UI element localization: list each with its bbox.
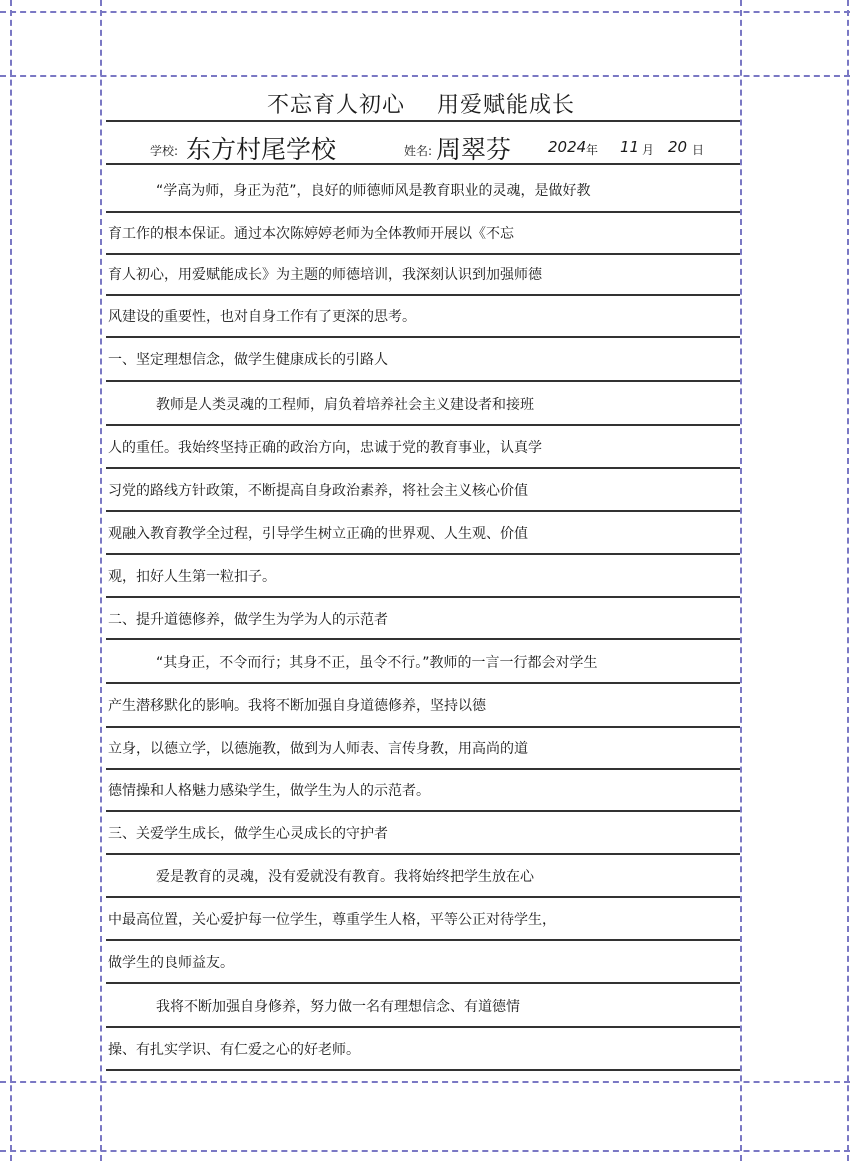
text-line: 立身，以德立学，以德施教，做到为人师表、言传身教，用高尚的道 xyxy=(108,730,740,768)
margin-guide-top-outer xyxy=(0,11,850,13)
rule-line xyxy=(106,982,740,984)
rule-line xyxy=(106,682,740,684)
text-line: 风建设的重要性，也对自身工作有了更深的思考。 xyxy=(108,298,740,336)
text-line: 产生潜移默化的影响。我将不断加强自身道德修养，坚持以德 xyxy=(108,687,740,725)
margin-guide-bottom-inner xyxy=(0,1081,850,1083)
rule-line xyxy=(106,424,740,426)
margin-guide-right-inner xyxy=(740,0,742,1161)
title-part-2: 用爱赋能成长 xyxy=(437,93,575,118)
text-line: 我将不断加强自身修养，努力做一名有理想信念、有道德情 xyxy=(108,988,740,1026)
rule-line xyxy=(106,896,740,898)
school-label: 学校: xyxy=(150,142,178,159)
date-month: 11 xyxy=(620,138,639,156)
rule-line xyxy=(106,939,740,941)
school-value: 东方村尾学校 xyxy=(186,130,336,166)
title-part-1: 不忘育人初心 xyxy=(267,93,405,118)
name-label: 姓名: xyxy=(404,142,432,159)
section-heading-3: 三、关爱学生成长，做学生心灵成长的守护者 xyxy=(108,815,740,853)
text-line: “学高为师，身正为范”，良好的师德师风是教育职业的灵魂，是做好教 xyxy=(108,172,740,210)
text-line: 观，扣好人生第一粒扣子。 xyxy=(108,558,740,596)
date-year: 2024 xyxy=(548,138,586,156)
text-line: 做学生的良师益友。 xyxy=(108,944,740,982)
rule-line xyxy=(106,1026,740,1028)
date-year-label: 年 xyxy=(586,141,598,158)
rule-line xyxy=(106,380,740,382)
text-line: 爱是教育的灵魂，没有爱就没有教育。我将始终把学生放在心 xyxy=(108,858,740,896)
text-line: 习党的路线方针政策，不断提高自身政治素养，将社会主义核心价值 xyxy=(108,472,740,510)
rule-line xyxy=(106,596,740,598)
text-line: 育工作的根本保证。通过本次陈婷婷老师为全体教师开展以《不忘 xyxy=(108,215,740,253)
handwritten-page: 不忘育人初心 用爱赋能成长 学校: 东方村尾学校 姓名: 周翠芬 2024 年 … xyxy=(102,78,740,1081)
rule-line xyxy=(106,467,740,469)
meta-row: 学校: 东方村尾学校 姓名: 周翠芬 2024 年 11 月 20 日 xyxy=(102,126,740,164)
rule-line xyxy=(106,853,740,855)
rule-line xyxy=(106,510,740,512)
section-heading-2: 二、提升道德修养，做学生为学为人的示范者 xyxy=(108,601,740,639)
text-line: 德情操和人格魅力感染学生，做学生为人的示范者。 xyxy=(108,772,740,810)
margin-guide-bottom-outer xyxy=(0,1150,850,1152)
date-month-label: 月 xyxy=(642,141,654,158)
name-value: 周翠芬 xyxy=(436,130,511,166)
date-day: 20 xyxy=(668,138,687,156)
rule-line xyxy=(106,726,740,728)
text-line: 教师是人类灵魂的工程师，肩负着培养社会主义建设者和接班 xyxy=(108,386,740,424)
rule-line xyxy=(106,211,740,213)
section-heading-1: 一、坚定理想信念，做学生健康成长的引路人 xyxy=(108,341,740,379)
rule-line xyxy=(106,253,740,255)
rule-line xyxy=(106,120,740,122)
text-line: 观融入教育教学全过程，引导学生树立正确的世界观、人生观、价值 xyxy=(108,515,740,553)
text-line: 育人初心，用爱赋能成长》为主题的师德培训，我深刻认识到加强师德 xyxy=(108,256,740,294)
margin-guide-right-outer xyxy=(847,0,849,1161)
page-title: 不忘育人初心 用爱赋能成长 xyxy=(102,88,740,120)
rule-line xyxy=(106,810,740,812)
rule-line xyxy=(106,163,740,165)
text-line: 人的重任。我始终坚持正确的政治方向，忠诚于党的教育事业，认真学 xyxy=(108,429,740,467)
text-line: “其身正，不令而行；其身不正，虽令不行。”教师的一言一行都会对学生 xyxy=(108,644,740,682)
text-line: 操、有扎实学识、有仁爱之心的好老师。 xyxy=(108,1031,740,1069)
margin-guide-top-inner xyxy=(0,75,850,77)
date-day-label: 日 xyxy=(692,141,704,158)
text-line: 中最高位置，关心爱护每一位学生，尊重学生人格，平等公正对待学生， xyxy=(108,901,740,939)
rule-line xyxy=(106,638,740,640)
rule-line xyxy=(106,768,740,770)
rule-line xyxy=(106,294,740,296)
rule-line xyxy=(106,336,740,338)
rule-line xyxy=(106,553,740,555)
margin-guide-left-outer xyxy=(10,0,12,1161)
rule-line xyxy=(106,1069,740,1071)
